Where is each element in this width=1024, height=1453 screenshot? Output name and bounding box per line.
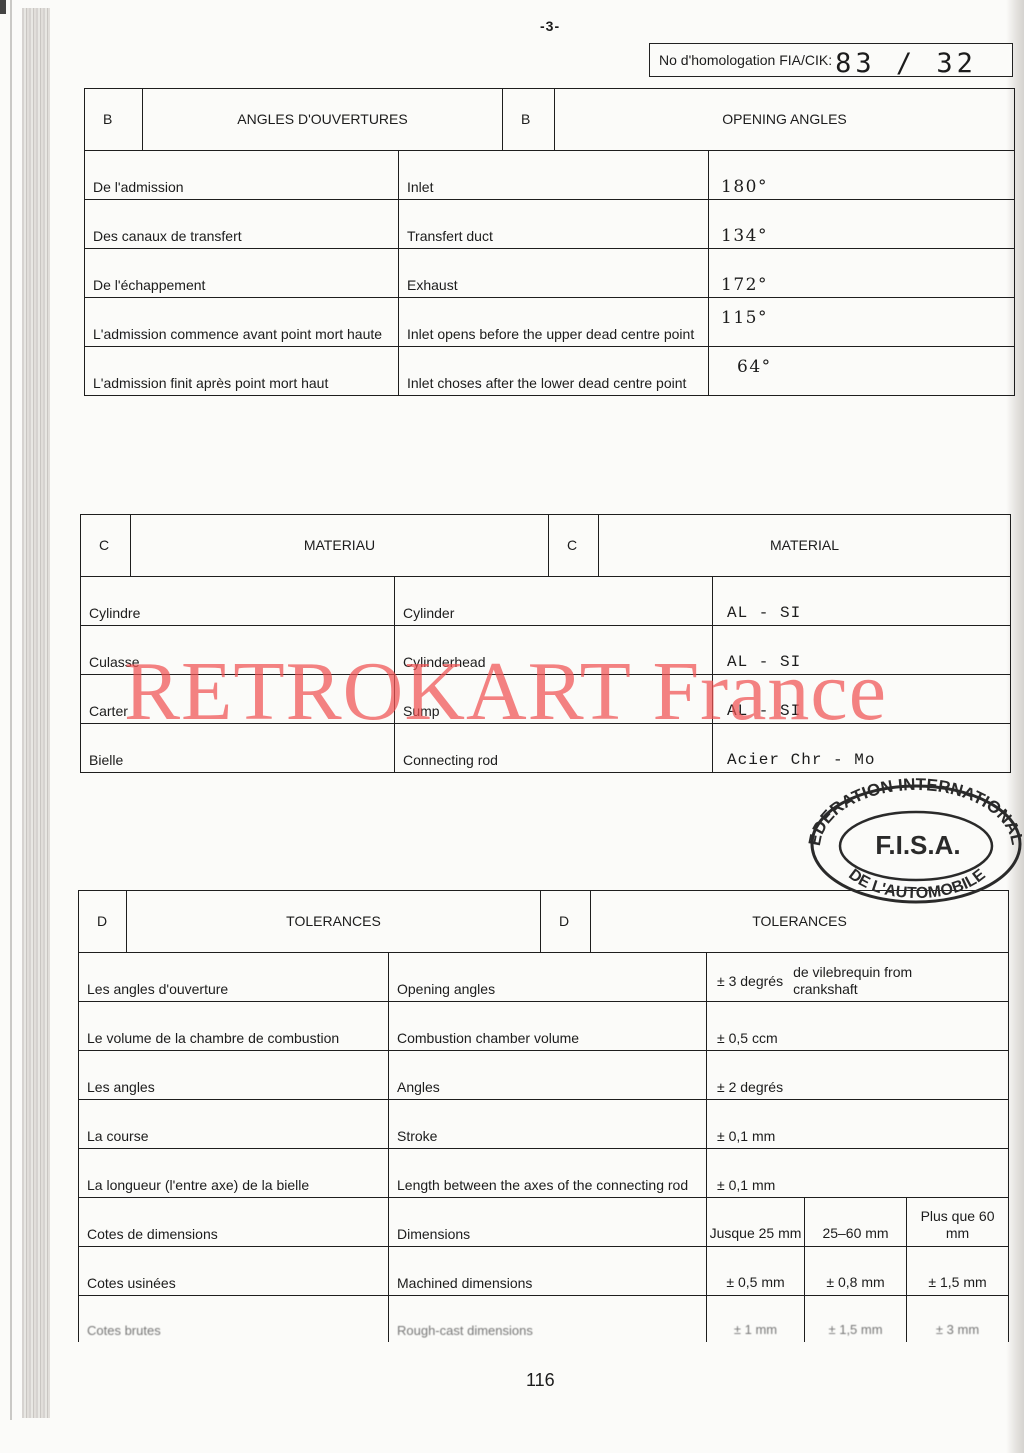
tolerance-note: de vilebrequin from crankshaft — [793, 964, 923, 998]
row-label-fr: Bielle — [81, 724, 395, 773]
table-row-dimensions: Cotes de dimensions Dimensions Jusque 25… — [79, 1198, 1009, 1247]
row-value: ± 0,1 mm — [707, 1100, 1009, 1149]
row-label-fr: La course — [79, 1100, 389, 1149]
table-row: Bielle Connecting rod Acier Chr - Mo — [81, 724, 1011, 773]
dimension-col-header: 25–60 mm — [805, 1198, 907, 1247]
table-row-rough-cast: Cotes brutes Rough-cast dimensions ± 1 m… — [79, 1296, 1009, 1342]
row-label-fr: De l'admission — [85, 151, 399, 200]
table-row: De l'échappement Exhaust 172° — [85, 249, 1015, 298]
homologation-number: 83 / 32 — [835, 48, 977, 79]
homologation-label: No d'homologation FIA/CIK: — [659, 52, 832, 68]
rough-cast-value: ± 1 mm — [707, 1296, 805, 1342]
row-value: ± 2 degrés — [707, 1051, 1009, 1100]
table-row: Les angles d'ouverture Opening angles ± … — [79, 953, 1009, 1002]
table-row: La course Stroke ± 0,1 mm — [79, 1100, 1009, 1149]
section-c-title-en: MATERIAL — [599, 515, 1011, 577]
row-label-en: Cylinderhead — [395, 626, 713, 675]
table-row: Culasse Cylinderhead AL - SI — [81, 626, 1011, 675]
section-b-letter-fr: B — [85, 89, 143, 151]
section-d-table: D TOLERANCES D TOLERANCES Les angles d'o… — [78, 890, 1009, 1342]
section-b-letter-en: B — [503, 89, 555, 151]
row-label-fr: L'admission finit après point mort haut — [85, 347, 399, 396]
row-label-en: Exhaust — [399, 249, 709, 298]
stamp-center: F.I.S.A. — [875, 830, 960, 860]
row-label-fr: Culasse — [81, 626, 395, 675]
section-b-header: B ANGLES D'OUVERTURES B OPENING ANGLES — [85, 89, 1015, 151]
row-value: 172° — [709, 249, 1015, 298]
rough-cast-value: ± 3 mm — [907, 1296, 1009, 1342]
row-value: ± 0,1 mm — [707, 1149, 1009, 1198]
row-label-fr: Des canaux de transfert — [85, 200, 399, 249]
row-label-en: Stroke — [389, 1100, 707, 1149]
row-label-en: Inlet choses after the lower dead centre… — [399, 347, 709, 396]
row-value: AL - SI — [713, 675, 1011, 724]
section-c-letter-fr: C — [81, 515, 131, 577]
row-label-en: Opening angles — [389, 953, 707, 1002]
machined-value: ± 1,5 mm — [907, 1247, 1009, 1296]
machined-value: ± 0,5 mm — [707, 1247, 805, 1296]
table-row: La longueur (l'entre axe) de la bielle L… — [79, 1149, 1009, 1198]
scan-edge-line — [10, 0, 12, 1420]
row-label-en: Cylinder — [395, 577, 713, 626]
section-c-title-fr: MATERIAU — [131, 515, 549, 577]
row-label-fr: Les angles — [79, 1051, 389, 1100]
fisa-stamp-icon: FEDERATION INTERNATIONALE DE L'AUTOMOBIL… — [806, 778, 1022, 908]
row-value: AL - SI — [713, 577, 1011, 626]
table-row: L'admission commence avant point mort ha… — [85, 298, 1015, 347]
row-value: ± 3 degrés de vilebrequin from crankshaf… — [707, 953, 1009, 1002]
scan-left-edge — [22, 8, 50, 1418]
section-d-letter-fr: D — [79, 891, 127, 953]
table-row-machined: Cotes usinées Machined dimensions ± 0,5 … — [79, 1247, 1009, 1296]
row-label-en: Rough-cast dimensions — [389, 1296, 707, 1342]
row-label-fr: De l'échappement — [85, 249, 399, 298]
row-label-en: Inlet opens before the upper dead centre… — [399, 298, 709, 347]
table-row: Les angles Angles ± 2 degrés — [79, 1051, 1009, 1100]
section-c-table: C MATERIAU C MATERIAL Cylindre Cylinder … — [80, 514, 1011, 773]
rough-cast-value: ± 1,5 mm — [805, 1296, 907, 1342]
table-row: L'admission finit après point mort haut … — [85, 347, 1015, 396]
row-label-en: Combustion chamber volume — [389, 1002, 707, 1051]
row-value: 180° — [709, 151, 1015, 200]
row-label-en: Connecting rod — [395, 724, 713, 773]
row-label-en: Transfert duct — [399, 200, 709, 249]
row-label-fr: La longueur (l'entre axe) de la bielle — [79, 1149, 389, 1198]
row-value: 115° — [709, 298, 1015, 347]
row-label-en: Machined dimensions — [389, 1247, 707, 1296]
page-number-top: -3- — [540, 18, 560, 34]
dimension-col-header: Plus que 60 mm — [907, 1198, 1009, 1247]
row-label-fr: Le volume de la chambre de combustion — [79, 1002, 389, 1051]
row-value: Acier Chr - Mo — [713, 724, 1011, 773]
dimension-col-header: Jusque 25 mm — [707, 1198, 805, 1247]
table-row: Carter Sump AL - SI — [81, 675, 1011, 724]
table-row: Le volume de la chambre de combustion Co… — [79, 1002, 1009, 1051]
row-label-fr: Les angles d'ouverture — [79, 953, 389, 1002]
row-label-fr: Cotes usinées — [79, 1247, 389, 1296]
machined-value: ± 0,8 mm — [805, 1247, 907, 1296]
table-row: Cylindre Cylinder AL - SI — [81, 577, 1011, 626]
tolerance-value: ± 3 degrés — [717, 973, 783, 998]
row-label-fr: Cotes de dimensions — [79, 1198, 389, 1247]
row-label-fr: Carter — [81, 675, 395, 724]
row-label-en: Sump — [395, 675, 713, 724]
scan-corner-mark — [0, 0, 6, 14]
row-label-fr: Cylindre — [81, 577, 395, 626]
row-value: AL - SI — [713, 626, 1011, 675]
row-label-en: Length between the axes of the connectin… — [389, 1149, 707, 1198]
table-row: De l'admission Inlet 180° — [85, 151, 1015, 200]
row-label-fr: L'admission commence avant point mort ha… — [85, 298, 399, 347]
row-value: ± 0,5 ccm — [707, 1002, 1009, 1051]
row-label-en: Inlet — [399, 151, 709, 200]
page-number-bottom: 116 — [526, 1370, 555, 1391]
section-b-title-en: OPENING ANGLES — [555, 89, 1015, 151]
row-label-fr: Cotes brutes — [79, 1296, 389, 1342]
row-value: 64° — [709, 347, 1015, 396]
section-c-header: C MATERIAU C MATERIAL — [81, 515, 1011, 577]
row-label-en: Angles — [389, 1051, 707, 1100]
homologation-box: No d'homologation FIA/CIK: 83 / 32 — [649, 43, 1013, 77]
section-d-title-fr: TOLERANCES — [127, 891, 541, 953]
table-row: Des canaux de transfert Transfert duct 1… — [85, 200, 1015, 249]
section-d-letter-en: D — [541, 891, 591, 953]
row-label-en: Dimensions — [389, 1198, 707, 1247]
section-b-table: B ANGLES D'OUVERTURES B OPENING ANGLES D… — [84, 88, 1015, 396]
row-value: 134° — [709, 200, 1015, 249]
section-c-letter-en: C — [549, 515, 599, 577]
section-b-title-fr: ANGLES D'OUVERTURES — [143, 89, 503, 151]
